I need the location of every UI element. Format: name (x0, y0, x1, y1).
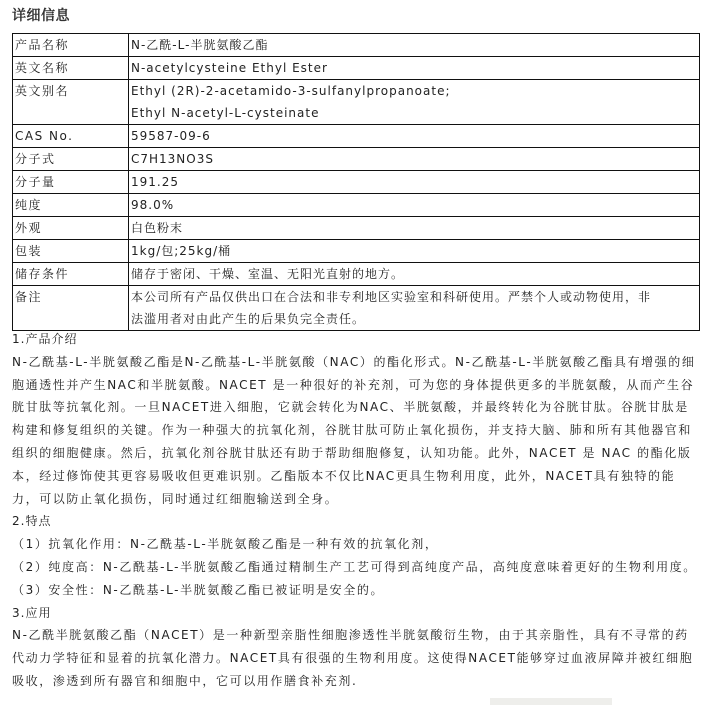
table-row: 纯度 98.0% (13, 194, 700, 217)
description-body: 1.产品介绍 N-乙酰基-L-半胱氨酸乙酯是N-乙酰基-L-半胱氨酸（NAC）的… (12, 328, 700, 693)
table-row: 外观 白色粉末 (13, 217, 700, 240)
spec-value-line: C7H13NO3S (131, 148, 697, 170)
table-row: 分子量 191.25 (13, 171, 700, 194)
spec-value: 白色粉末 (129, 217, 700, 240)
intro-paragraph: N-乙酰基-L-半胱氨酸乙酯是N-乙酰基-L-半胱氨酸（NAC）的酯化形式。N-… (12, 351, 700, 511)
spec-value: N-acetylcysteine Ethyl Ester (129, 57, 700, 80)
spec-value-line: N-acetylcysteine Ethyl Ester (131, 57, 697, 79)
table-row: 英文名称 N-acetylcysteine Ethyl Ester (13, 57, 700, 80)
table-row: 产品名称 N-乙酰-L-半胱氨酸乙酯 (13, 34, 700, 57)
spec-key: 包装 (13, 240, 129, 263)
spec-key: 纯度 (13, 194, 129, 217)
page-title: 详细信息 (12, 5, 70, 25)
spec-value-line: 白色粉末 (131, 217, 697, 239)
section-heading-applications: 3.应用 (12, 602, 700, 625)
spec-key: 分子量 (13, 171, 129, 194)
spec-key: CAS No. (13, 125, 129, 148)
spec-key: 分子式 (13, 148, 129, 171)
spec-key: 外观 (13, 217, 129, 240)
spec-value-line: N-乙酰-L-半胱氨酸乙酯 (131, 34, 697, 56)
spec-value-line: 98.0% (131, 194, 697, 216)
spec-value-line: Ethyl (2R)-2-acetamido-3-sulfanylpropano… (131, 80, 697, 102)
spec-value-line: 法滥用者对由此产生的后果负完全责任。 (131, 308, 697, 330)
spec-value-line: Ethyl N-acetyl-L-cysteinate (131, 102, 697, 124)
spec-value: 98.0% (129, 194, 700, 217)
spec-key: 英文别名 (13, 80, 129, 125)
spec-value: 191.25 (129, 171, 700, 194)
spec-value-line: 191.25 (131, 171, 697, 193)
table-row: CAS No. 59587-09-6 (13, 125, 700, 148)
table-row: 英文别名 Ethyl (2R)-2-acetamido-3-sulfanylpr… (13, 80, 700, 125)
table-row: 备注 本公司所有产品仅供出口在合法和非专利地区实验室和科研使用。严禁个人或动物使… (13, 286, 700, 331)
feature-item: （1）抗氧化作用：N-乙酰基-L-半胱氨酸乙酯是一种有效的抗氧化剂， (12, 533, 700, 556)
spec-key: 备注 (13, 286, 129, 331)
spec-value-line: 1kg/包;25kg/桶 (131, 240, 697, 262)
table-row: 分子式 C7H13NO3S (13, 148, 700, 171)
feature-item: （2）纯度高：N-乙酰基-L-半胱氨酸乙酯通过精制生产工艺可得到高纯度产品，高纯… (12, 556, 700, 579)
spec-value: Ethyl (2R)-2-acetamido-3-sulfanylpropano… (129, 80, 700, 125)
spec-value-line: 本公司所有产品仅供出口在合法和非专利地区实验室和科研使用。严禁个人或动物使用，非 (131, 286, 697, 308)
spec-value: 1kg/包;25kg/桶 (129, 240, 700, 263)
table-row: 包装 1kg/包;25kg/桶 (13, 240, 700, 263)
section-heading-features: 2.特点 (12, 510, 700, 533)
spec-value-line: 59587-09-6 (131, 125, 697, 147)
product-spec-table: 产品名称 N-乙酰-L-半胱氨酸乙酯 英文名称 N-acetylcysteine… (12, 33, 700, 331)
spec-value: 59587-09-6 (129, 125, 700, 148)
applications-paragraph: N-乙酰半胱氨酸乙酯（NACET）是一种新型亲脂性细胞渗透性半胱氨酸衍生物，由于… (12, 624, 700, 692)
spec-value: C7H13NO3S (129, 148, 700, 171)
table-row: 储存条件 储存于密闭、干燥、室温、无阳光直射的地方。 (13, 263, 700, 286)
section-heading-intro: 1.产品介绍 (12, 328, 700, 351)
spec-key: 产品名称 (13, 34, 129, 57)
feature-item: （3）安全性：N-乙酰基-L-半胱氨酸乙酯已被证明是安全的。 (12, 579, 700, 602)
spec-value: N-乙酰-L-半胱氨酸乙酯 (129, 34, 700, 57)
spec-key: 英文名称 (13, 57, 129, 80)
spec-value: 储存于密闭、干燥、室温、无阳光直射的地方。 (129, 263, 700, 286)
spec-value-line: 储存于密闭、干燥、室温、无阳光直射的地方。 (131, 263, 697, 285)
spec-value: 本公司所有产品仅供出口在合法和非专利地区实验室和科研使用。严禁个人或动物使用，非… (129, 286, 700, 331)
image-placeholder-edge (490, 698, 612, 705)
spec-key: 储存条件 (13, 263, 129, 286)
